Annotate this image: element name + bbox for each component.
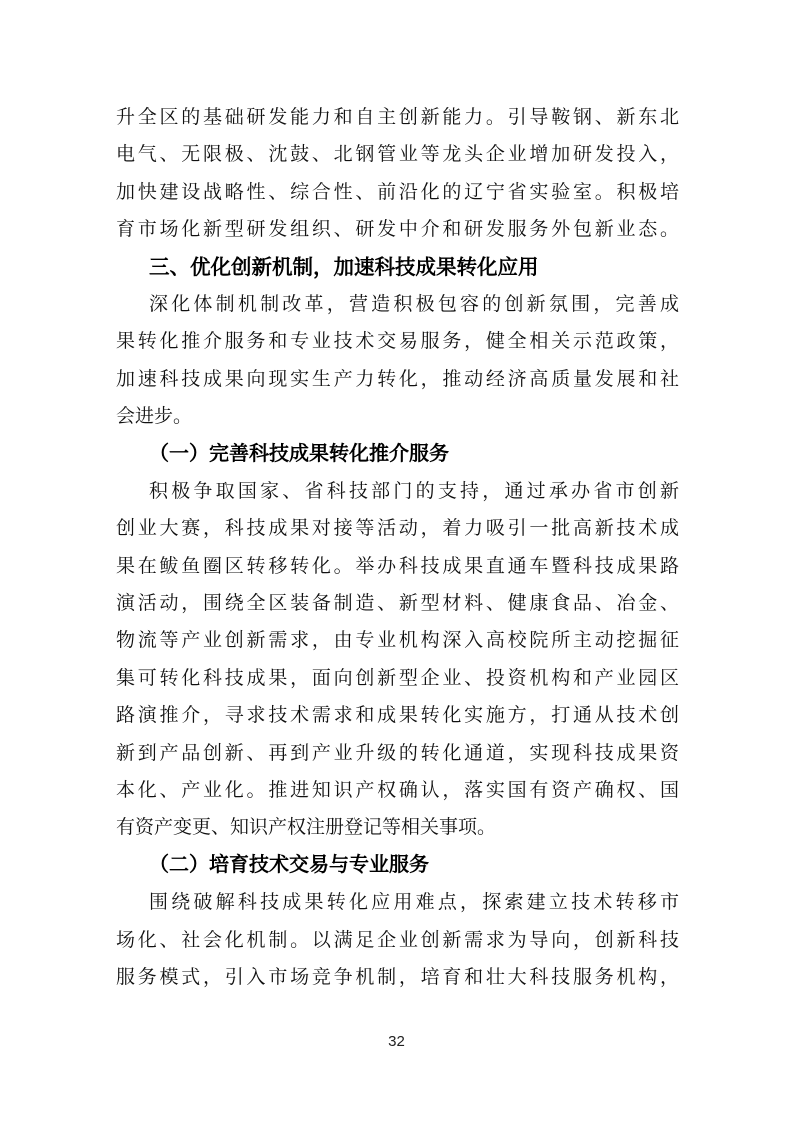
body-line: 升全区的基础研发能力和自主创新能力。引导鞍钢、新东北	[116, 99, 679, 136]
body-line: 加快建设战略性、综合性、前沿化的辽宁省实验室。积极培	[116, 174, 679, 211]
body-line: 电气、无限极、沈鼓、北钢管业等龙头企业增加研发投入，	[116, 136, 679, 173]
body-line: 演活动，围绕全区装备制造、新型材料、健康食品、冶金、	[116, 585, 679, 622]
body-line: 会进步。	[116, 398, 679, 435]
body-line: 本化、产业化。推进知识产权确认，落实国有资产确权、国	[116, 772, 679, 809]
body-line: 深化体制机制改革，营造积极包容的创新氛围，完善成	[116, 286, 679, 323]
body-line: 新到产品创新、再到产业升级的转化通道，实现科技成果资	[116, 735, 679, 772]
body-line: 路演推介，寻求技术需求和成果转化实施方，打通从技术创	[116, 697, 679, 734]
subsection-heading: （一）完善科技成果转化推介服务	[116, 436, 679, 473]
body-line: 果转化推介服务和专业技术交易服务，健全相关示范政策，	[116, 323, 679, 360]
body-line: 创业大赛，科技成果对接等活动，着力吸引一批高新技术成	[116, 510, 679, 547]
section-heading: 三、优化创新机制，加速科技成果转化应用	[116, 249, 679, 286]
body-line: 物流等产业创新需求，由专业机构深入高校院所主动挖掘征	[116, 622, 679, 659]
body-line: 育市场化新型研发组织、研发中介和研发服务外包新业态。	[116, 211, 679, 248]
subsection-heading: （二）培育技术交易与专业服务	[116, 847, 679, 884]
body-line: 集可转化科技成果，面向创新型企业、投资机构和产业园区	[116, 660, 679, 697]
body-line: 服务模式，引入市场竞争机制，培育和壮大科技服务机构，	[116, 959, 679, 996]
body-line: 围绕破解科技成果转化应用难点，探索建立技术转移市	[116, 884, 679, 921]
body-line: 加速科技成果向现实生产力转化，推动经济高质量发展和社	[116, 361, 679, 398]
body-line: 积极争取国家、省科技部门的支持，通过承办省市创新	[116, 473, 679, 510]
body-line: 果在鲅鱼圈区转移转化。举办科技成果直通车暨科技成果路	[116, 548, 679, 585]
document-page: 升全区的基础研发能力和自主创新能力。引导鞍钢、新东北 电气、无限极、沈鼓、北钢管…	[0, 0, 793, 1122]
text-block: 升全区的基础研发能力和自主创新能力。引导鞍钢、新东北 电气、无限极、沈鼓、北钢管…	[116, 99, 679, 996]
body-line: 场化、社会化机制。以满足企业创新需求为导向，创新科技	[116, 922, 679, 959]
body-line: 有资产变更、知识产权注册登记等相关事项。	[116, 809, 679, 846]
page-number: 32	[0, 1033, 793, 1050]
